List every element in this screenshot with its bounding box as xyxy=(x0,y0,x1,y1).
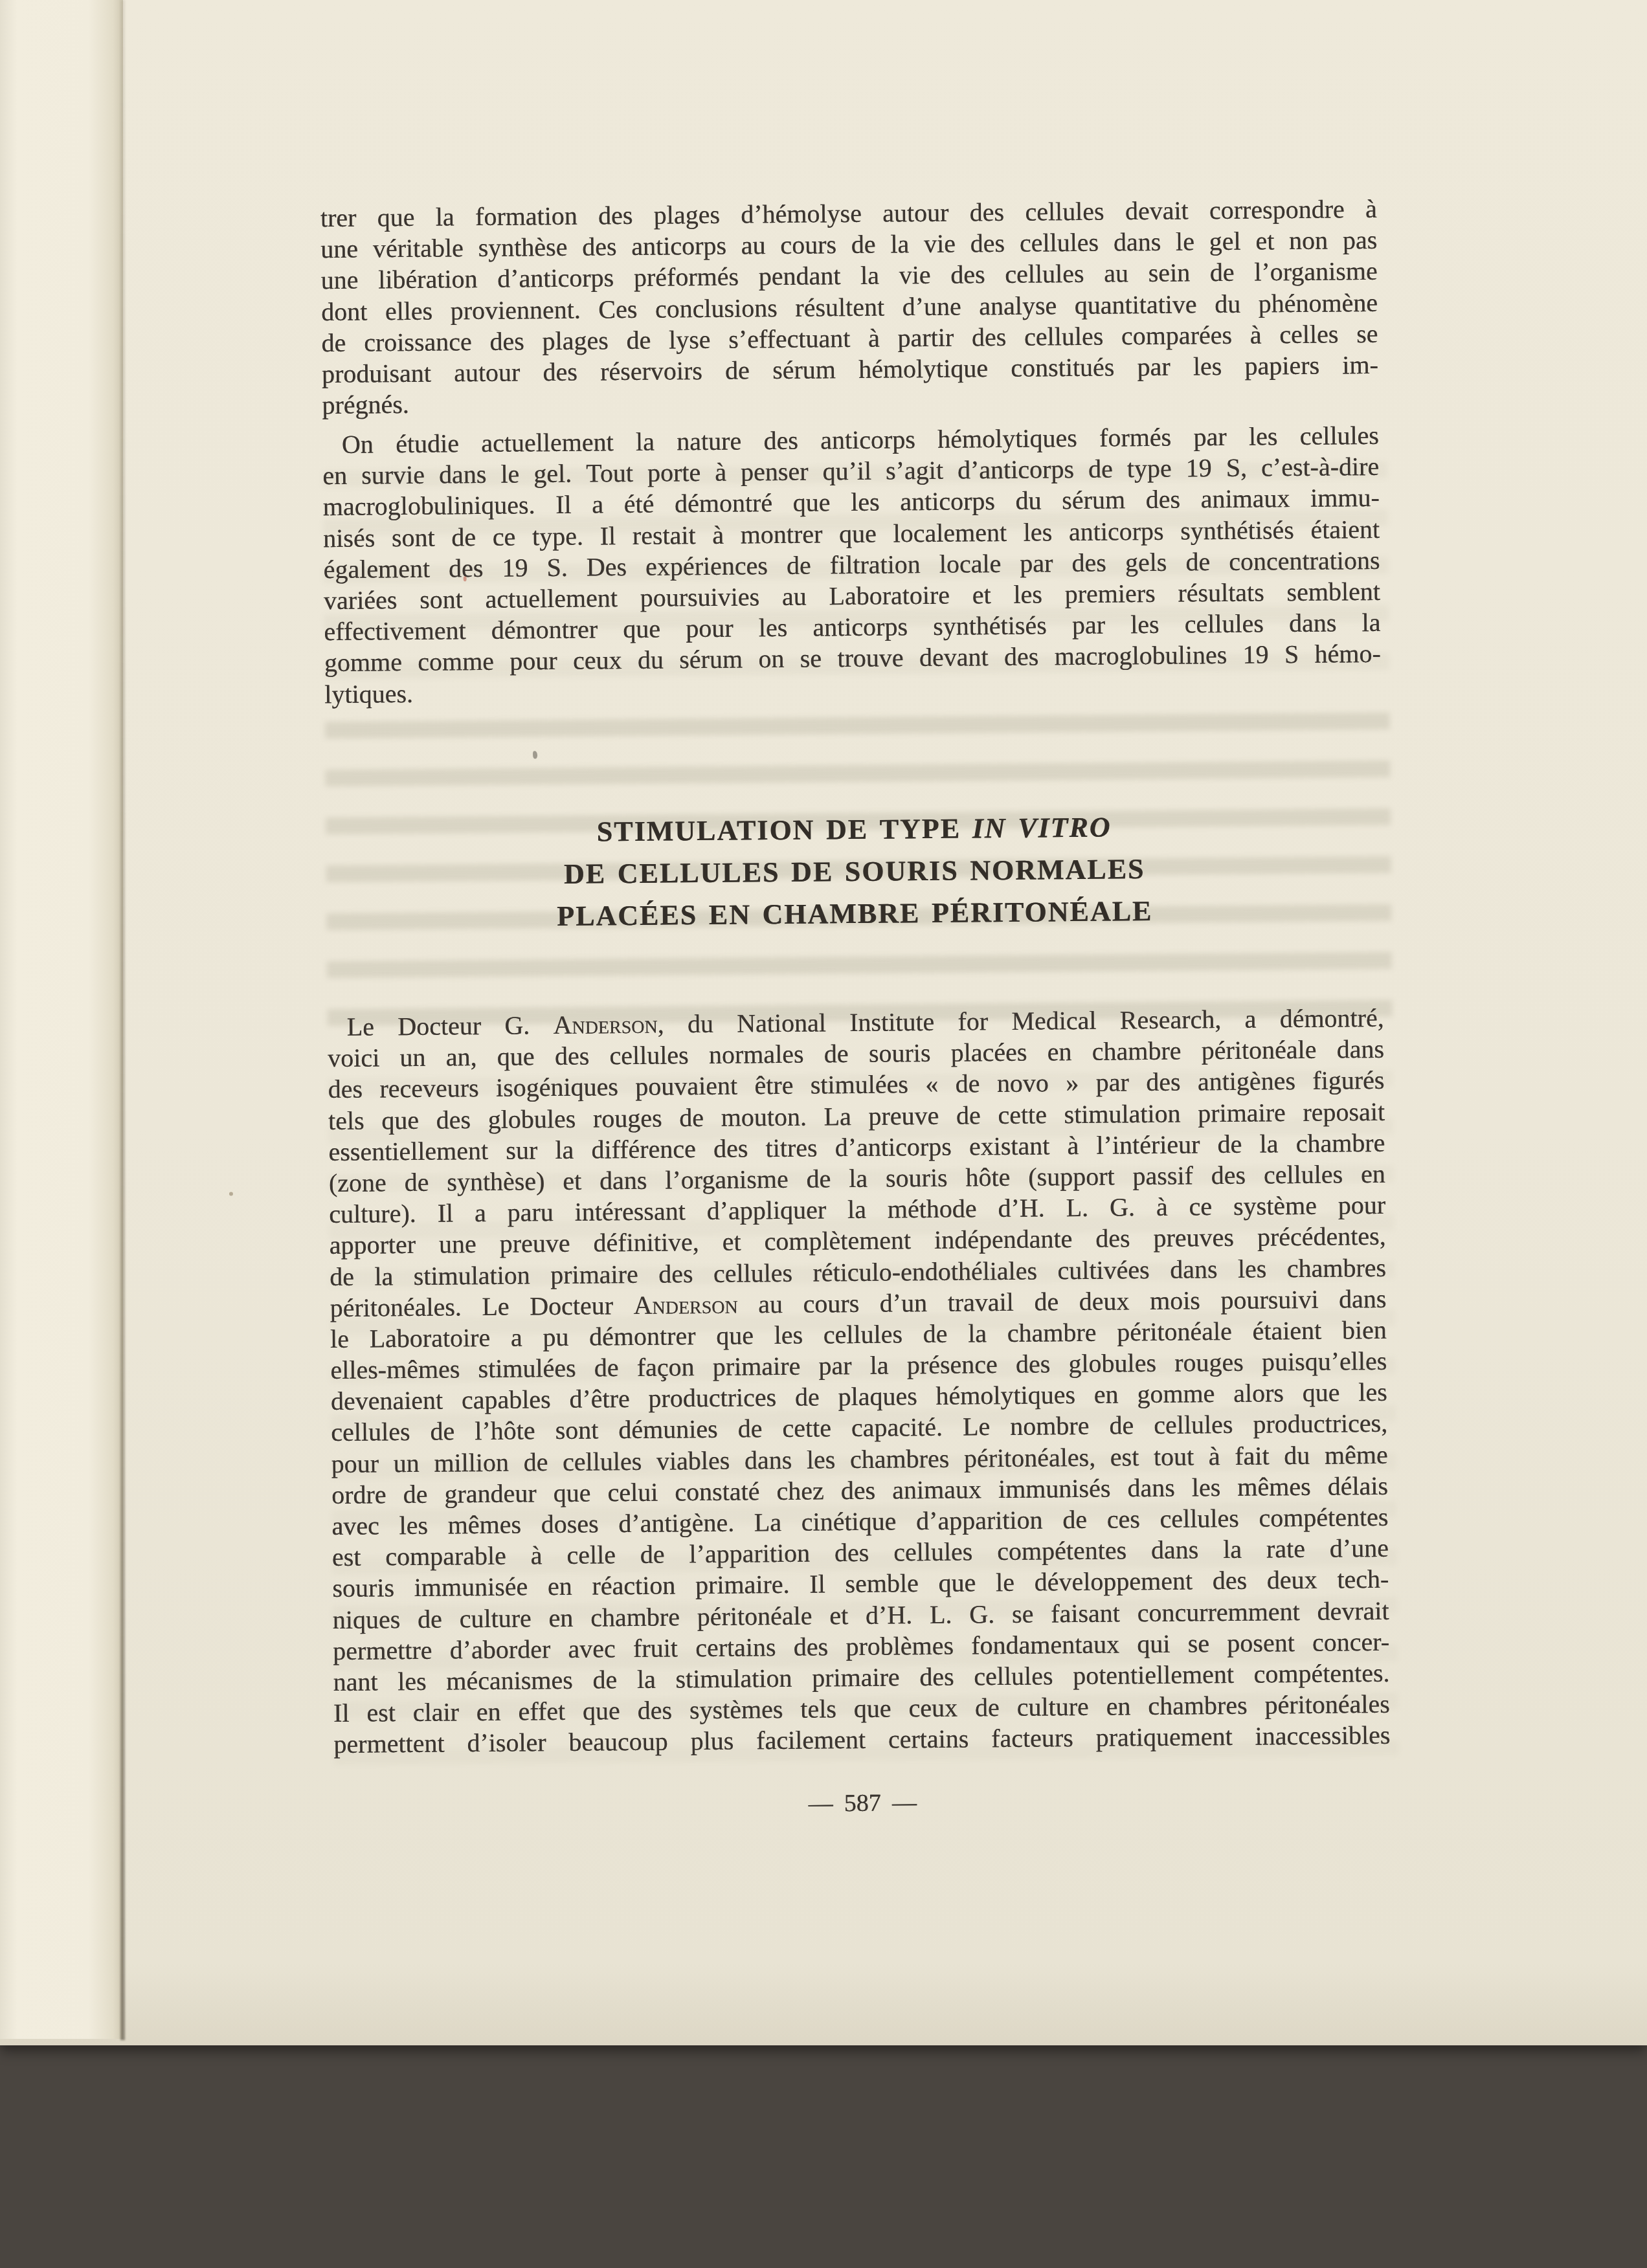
paragraph-anderson-study: LeDocteurG.Anderson,duNationalInstitutef… xyxy=(328,1003,1391,1761)
text-line: —587— xyxy=(334,1784,1391,1826)
paper-speck xyxy=(464,576,467,581)
paper-speck xyxy=(533,751,537,759)
scanned-book-page-photo: trerquelaformationdesplagesd’hémolyseaut… xyxy=(0,0,1647,2268)
paragraph-hemolysis-conclusion: trerquelaformationdesplagesd’hémolyseaut… xyxy=(320,194,1379,421)
page-content: trerquelaformationdesplagesd’hémolyseaut… xyxy=(0,0,1647,2052)
text-line: PLACÉESENCHAMBREPÉRITONÉALE xyxy=(326,893,1384,944)
page-number: —587— xyxy=(334,1784,1391,1826)
paper-speck xyxy=(229,1192,233,1195)
section-heading: STIMULATIONDETYPEINVITRODECELLULESDESOUR… xyxy=(326,808,1384,944)
paragraph-antibody-nature: Onétudieactuellementlanaturedesanticorps… xyxy=(322,420,1382,710)
book-page: trerquelaformationdesplagesd’hémolyseaut… xyxy=(0,0,1647,2045)
